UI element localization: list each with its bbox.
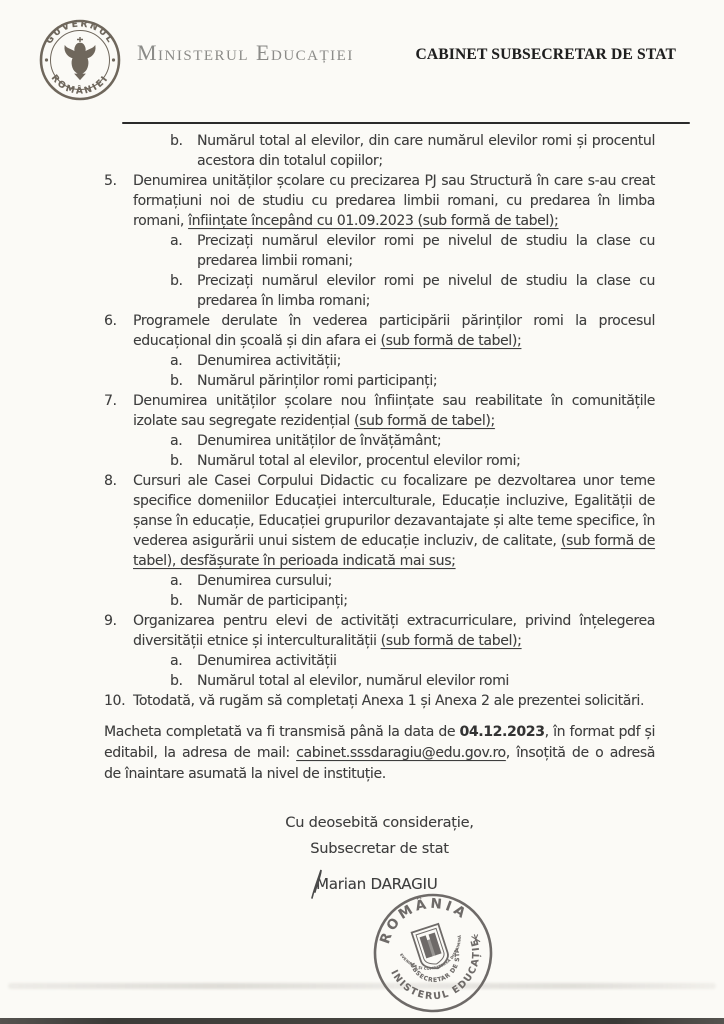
item-number: 7. <box>104 391 133 431</box>
sub-item-text: Numărul total al elevilor, din care numă… <box>197 131 655 171</box>
letter-body: b. Numărul total al elevilor, din care n… <box>104 131 655 894</box>
item-text: Totodată, vă rugăm să completați Anexa 1… <box>133 691 655 711</box>
closing-text: Macheta completată va fi transmisă până … <box>104 724 460 740</box>
scan-bleedthrough-smudge <box>8 983 716 989</box>
item-text: Cursuri ale Casei Corpului Didactic cu f… <box>133 471 655 571</box>
sub-item-marker: a. <box>170 651 197 671</box>
sub-item-text: Număr de participanți; <box>197 591 655 611</box>
cabinet-title: CABINET SUBSECRETAR DE STAT <box>415 46 676 64</box>
sub-item: a. Denumirea activității; <box>170 351 655 371</box>
sub-item: b. Numărul părinților romi participanți; <box>170 371 655 391</box>
list-item-10: 10. Totodată, vă rugăm să completați Ane… <box>104 691 655 711</box>
header-divider-line <box>122 122 690 124</box>
scanned-letter-page: GUVERNUL ROMÂNIEI Ministerul Educației C… <box>0 0 724 1024</box>
item-text: Denumirea unităților școlare nou înființ… <box>133 391 655 431</box>
seal-right-dot <box>112 58 115 61</box>
email-link[interactable]: cabinet.sssdaragiu@edu.gov.ro <box>296 745 506 761</box>
item-number: 6. <box>104 311 133 351</box>
sub-item-text: Denumirea activității <box>197 651 655 671</box>
handwritten-signature-stroke <box>308 866 326 900</box>
sub-item-marker: a. <box>170 351 197 371</box>
sub-item-marker: b. <box>170 451 197 471</box>
sub-item-text: Denumirea unităților de învățământ; <box>197 431 655 451</box>
item-text: Denumirea unităților școlare cu precizar… <box>133 171 655 231</box>
government-of-romania-seal: GUVERNUL ROMÂNIEI <box>38 18 122 102</box>
list-item-6: 6. Programele derulate în vederea partic… <box>104 311 655 351</box>
sub-item: b. Numărul total al elevilor, procentul … <box>170 451 655 471</box>
official-round-stamp: ROMÂNIA MINISTERUL EDUCAȚIEI SUBSECRETAR… <box>354 874 512 1024</box>
sub-item-text: Precizați numărul elevilor romi pe nivel… <box>197 271 655 311</box>
sub-item-marker: a. <box>170 431 197 451</box>
letterhead: GUVERNUL ROMÂNIEI Ministerul Educației C… <box>0 0 724 122</box>
sub-item-text: Numărul total al elevilor, numărul elevi… <box>197 671 655 691</box>
sub-item-marker: b. <box>170 591 197 611</box>
sub-item: a. Denumirea cursului; <box>170 571 655 591</box>
sub-item-text: Denumirea activității; <box>197 351 655 371</box>
item-number: 8. <box>104 471 133 571</box>
sub-item-text: Precizați numărul elevilor romi pe nivel… <box>197 231 655 271</box>
sub-item-text: Denumirea cursului; <box>197 571 655 591</box>
item-number: 5. <box>104 171 133 231</box>
ministry-wordmark: Ministerul Educației <box>137 40 354 66</box>
scan-bottom-edge <box>0 1018 724 1024</box>
sub-item-text: Numărul părinților romi participanți; <box>197 371 655 391</box>
sub-item: a. Precizați numărul elevilor romi pe ni… <box>170 231 655 271</box>
list-item-5: 5. Denumirea unităților școlare cu preci… <box>104 171 655 231</box>
sub-item: b. Numărul total al elevilor, din care n… <box>170 131 655 171</box>
eagle-coat-of-arms <box>65 37 95 80</box>
sub-item: b. Număr de participanți; <box>170 591 655 611</box>
sub-item-marker: b. <box>170 371 197 391</box>
item-number: 10. <box>104 691 133 711</box>
sub-item-marker: b. <box>170 671 197 691</box>
svg-text:GUVERNUL: GUVERNUL <box>44 19 115 46</box>
item-text-main: Totodată, vă rugăm să completați Anexa 1… <box>133 693 644 709</box>
seal-top-text: GUVERNUL <box>44 19 115 46</box>
sub-item: b. Precizați numărul elevilor romi pe ni… <box>170 271 655 311</box>
item-text-underlined: înființate începând cu 01.09.2023 (sub f… <box>188 213 558 229</box>
deadline-date: 04.12.2023 <box>460 724 545 740</box>
list-item-7: 7. Denumirea unităților școlare nou înfi… <box>104 391 655 431</box>
seal-left-dot <box>45 58 48 61</box>
sign-off-block: Cu deosebită considerație, Subsecretar d… <box>104 810 655 862</box>
sub-item-text: Numărul total al elevilor, procentul ele… <box>197 451 655 471</box>
item-number: 9. <box>104 611 133 651</box>
salutation: Cu deosebită considerație, <box>104 810 655 836</box>
sub-item: b. Numărul total al elevilor, numărul el… <box>170 671 655 691</box>
signer-role: Subsecretar de stat <box>104 836 655 862</box>
item-text-underlined: (sub formă de tabel); <box>354 413 495 429</box>
sub-item: a. Denumirea activității <box>170 651 655 671</box>
closing-paragraph: Macheta completată va fi transmisă până … <box>104 722 655 785</box>
item-text-underlined: (sub formă de tabel); <box>380 333 521 349</box>
sub-item-marker: a. <box>170 571 197 591</box>
sub-item-marker: b. <box>170 271 197 311</box>
list-item-9: 9. Organizarea pentru elevi de activităț… <box>104 611 655 651</box>
item-text: Programele derulate în vederea participă… <box>133 311 655 351</box>
item-text: Organizarea pentru elevi de activități e… <box>133 611 655 651</box>
sub-item-marker: a. <box>170 231 197 271</box>
sub-item-marker: b. <box>170 131 197 171</box>
sub-item: a. Denumirea unităților de învățământ; <box>170 431 655 451</box>
item-text-underlined: (sub formă de tabel); <box>381 633 522 649</box>
list-item-8: 8. Cursuri ale Casei Corpului Didactic c… <box>104 471 655 571</box>
